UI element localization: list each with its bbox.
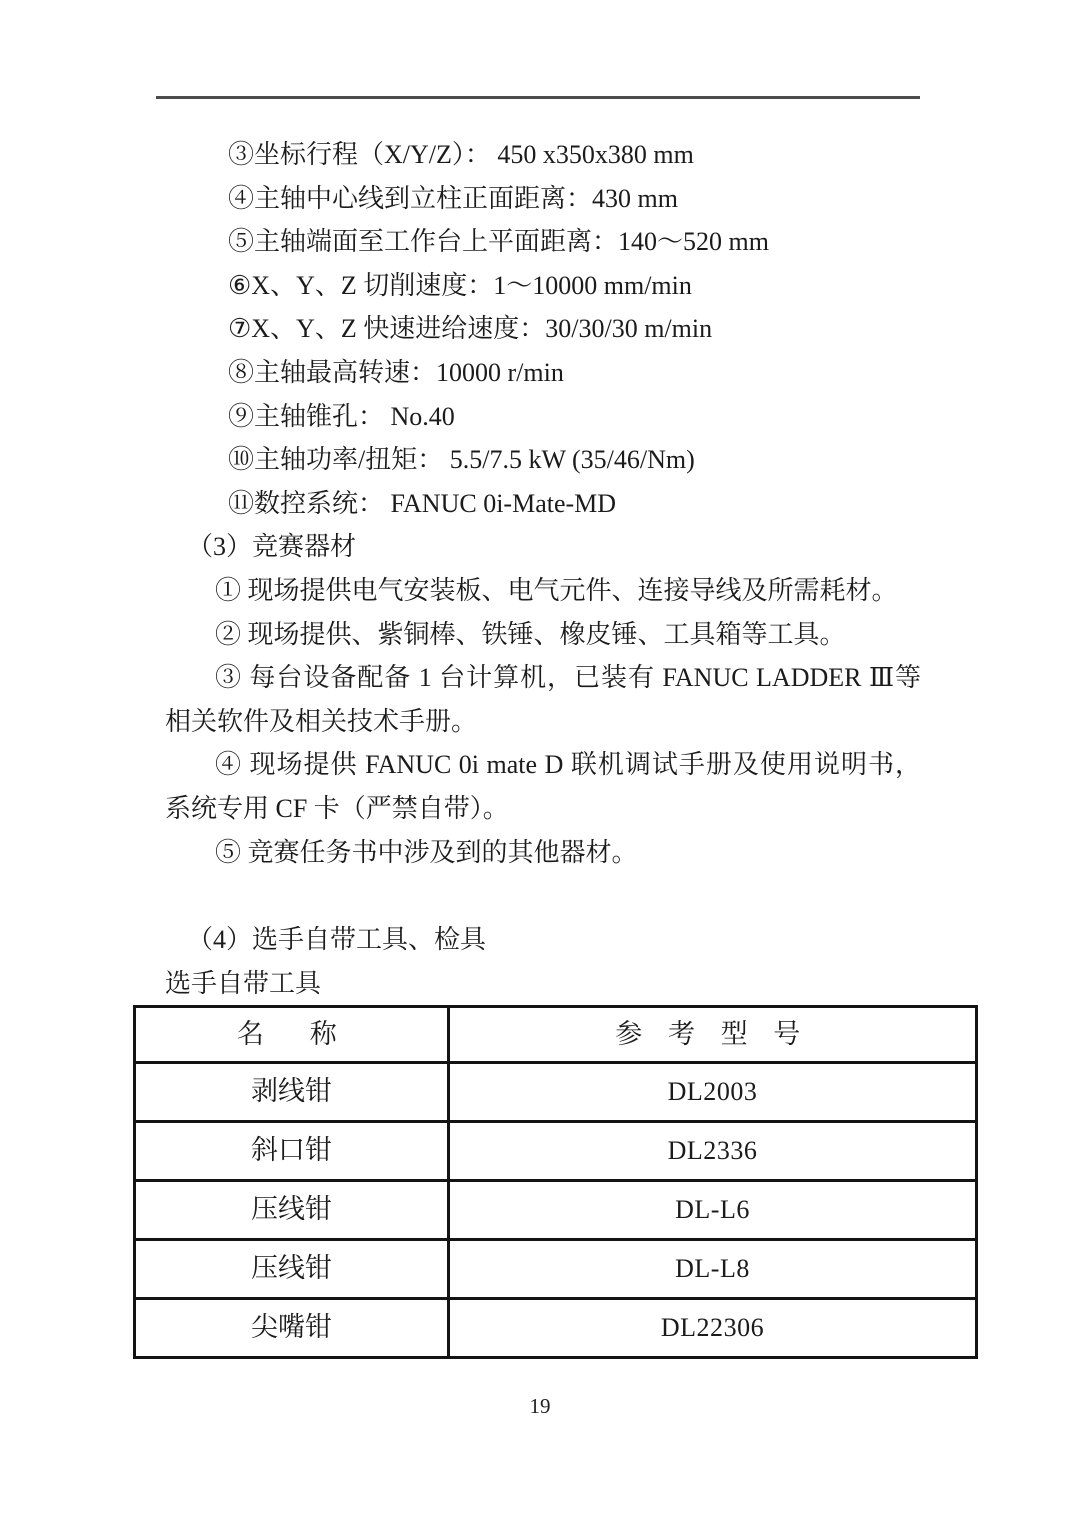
table-row: 压线钳 DL-L8 (135, 1240, 977, 1299)
spec-item-rapid-feed: ⑦X、Y、Z 快速进给速度：30/30/30 m/min (165, 307, 921, 351)
header-rule (156, 96, 920, 99)
equipment-item-4: ④ 现场提供 FANUC 0i mate D 联机调试手册及使用说明书，系统专用… (165, 743, 921, 830)
table-header-name: 名 称 (135, 1007, 449, 1063)
table-row: 尖嘴钳 DL22306 (135, 1299, 977, 1358)
tool-name-cell: 尖嘴钳 (135, 1299, 449, 1358)
tool-name-cell: 斜口钳 (135, 1122, 449, 1181)
spec-item-spindle-taper: ⑨主轴锥孔： No.40 (165, 395, 921, 439)
tool-name-cell: 压线钳 (135, 1181, 449, 1240)
tools-table: 名 称 参 考 型 号 剥线钳 DL2003 斜口钳 DL2336 压线钳 DL… (133, 1005, 978, 1359)
tools-subheading: 选手自带工具 (165, 962, 921, 1006)
spec-item-travel: ③坐标行程（X/Y/Z）： 450 x350x380 mm (165, 133, 921, 177)
spec-item-spindle-power: ⑩主轴功率/扭矩： 5.5/7.5 kW (35/46/Nm) (165, 438, 921, 482)
tool-name-cell: 剥线钳 (135, 1063, 449, 1122)
table-header-model: 参 考 型 号 (449, 1007, 977, 1063)
spec-item-cutting-speed: ⑥X、Y、Z 切削速度：1～10000 mm/min (165, 264, 921, 308)
document-page: ③坐标行程（X/Y/Z）： 450 x350x380 mm ④主轴中心线到立柱正… (0, 0, 1080, 1526)
spec-item-max-spindle-speed: ⑧主轴最高转速：10000 r/min (165, 351, 921, 395)
tool-model-cell: DL2336 (449, 1122, 977, 1181)
section-3-heading: （3）竞赛器材 (165, 525, 921, 569)
equipment-item-5: ⑤ 竞赛任务书中涉及到的其他器材。 (165, 831, 921, 875)
table-row: 压线钳 DL-L6 (135, 1181, 977, 1240)
table-row: 剥线钳 DL2003 (135, 1063, 977, 1122)
tool-model-cell: DL2003 (449, 1063, 977, 1122)
tool-model-cell: DL22306 (449, 1299, 977, 1358)
table-row: 斜口钳 DL2336 (135, 1122, 977, 1181)
spec-item-spindle-table-distance: ⑤主轴端面至工作台上平面距离：140～520 mm (165, 220, 921, 264)
equipment-item-2: ② 现场提供、紫铜棒、铁锤、橡皮锤、工具箱等工具。 (165, 613, 921, 657)
equipment-item-3: ③ 每台设备配备 1 台计算机，已装有 FANUC LADDER Ⅲ等相关软件及… (165, 656, 921, 743)
spec-item-cnc-system: ⑪数控系统： FANUC 0i-Mate-MD (165, 482, 921, 526)
table-header-row: 名 称 参 考 型 号 (135, 1007, 977, 1063)
spec-item-spindle-column-distance: ④主轴中心线到立柱正面距离：430 mm (165, 177, 921, 221)
page-number: 19 (0, 1394, 1080, 1419)
tool-model-cell: DL-L6 (449, 1181, 977, 1240)
equipment-item-1: ① 现场提供电气安装板、电气元件、连接导线及所需耗材。 (165, 569, 921, 613)
tool-model-cell: DL-L8 (449, 1240, 977, 1299)
page-body: ③坐标行程（X/Y/Z）： 450 x350x380 mm ④主轴中心线到立柱正… (165, 133, 921, 1359)
section-4-heading: （4）选手自带工具、检具 (165, 918, 921, 962)
tool-name-cell: 压线钳 (135, 1240, 449, 1299)
